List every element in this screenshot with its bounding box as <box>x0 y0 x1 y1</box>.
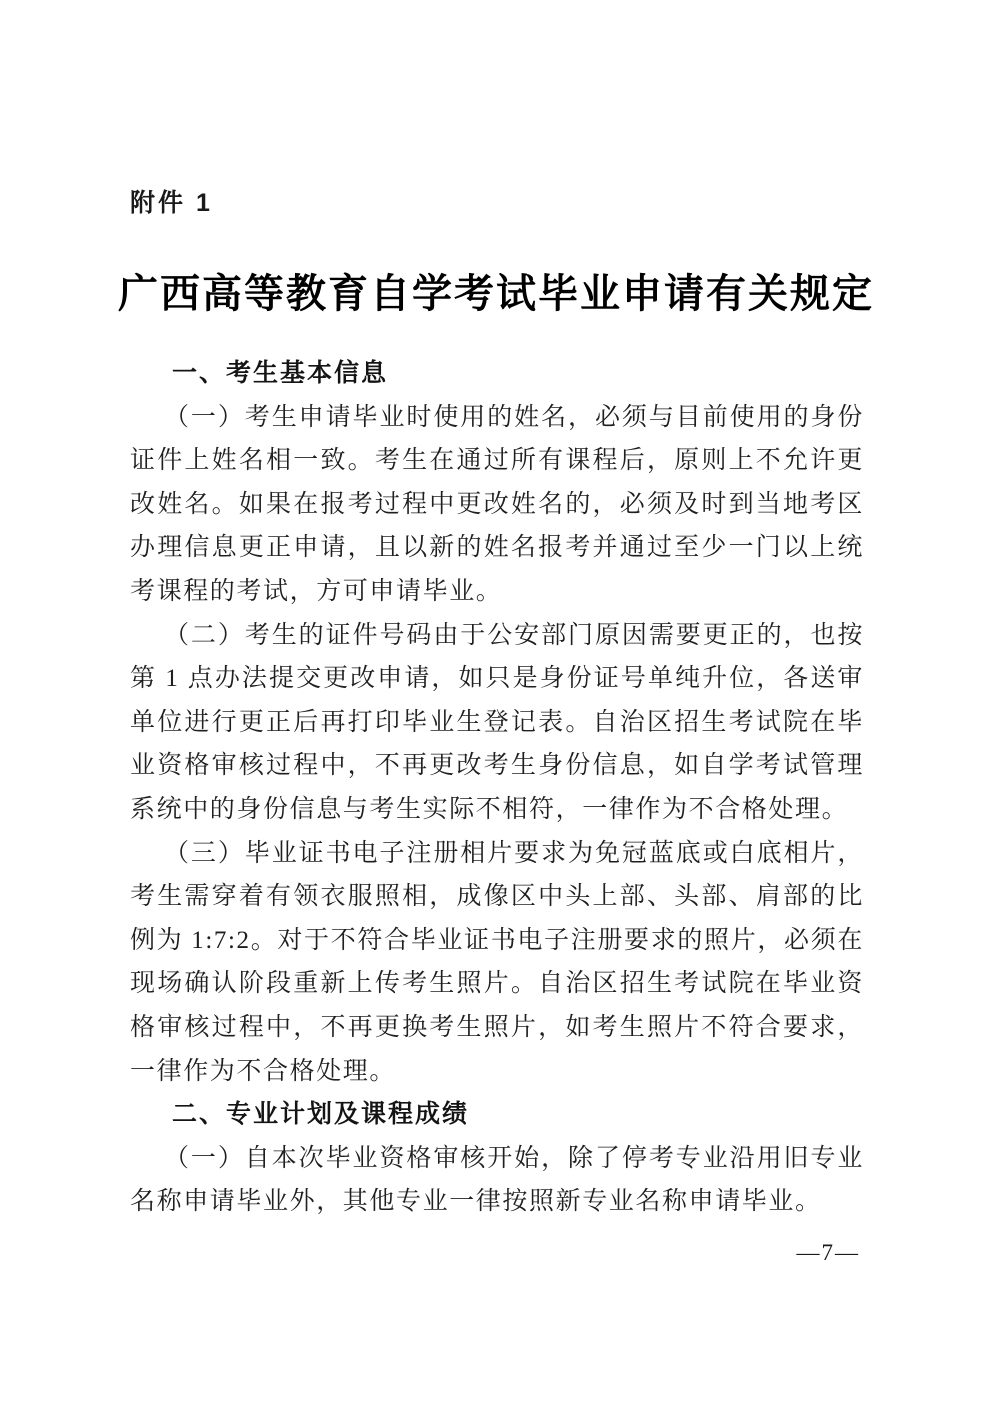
document-title: 广西高等教育自学考试毕业申请有关规定 <box>0 262 992 319</box>
paragraph-name-requirements: （一）考生申请毕业时使用的姓名，必须与目前使用的身份证件上姓名相一致。考生在通过… <box>130 396 864 614</box>
attachment-label: 附件 1 <box>130 183 213 219</box>
paragraph-id-number-correction: （二）考生的证件号码由于公安部门原因需要更正的，也按第 1 点办法提交更改申请，… <box>130 614 864 832</box>
paragraph-photo-requirements: （三）毕业证书电子注册相片要求为免冠蓝底或白底相片，考生需穿着有领衣服照相，成像… <box>130 832 864 1094</box>
section-heading-major-plan-and-grades: 二、专业计划及课程成绩 <box>130 1093 864 1137</box>
paragraph-major-name-rule: （一）自本次毕业资格审核开始，除了停考专业沿用旧专业名称申请毕业外，其他专业一律… <box>130 1137 864 1224</box>
page-number: —7— <box>797 1240 861 1266</box>
section-major-plan-and-grades: 二、专业计划及课程成绩 （一）自本次毕业资格审核开始，除了停考专业沿用旧专业名称… <box>130 1093 864 1224</box>
section-heading-candidate-basic-info: 一、考生基本信息 <box>130 352 864 396</box>
document-page: 附件 1 广西高等教育自学考试毕业申请有关规定 一、考生基本信息 （一）考生申请… <box>0 0 992 1403</box>
section-candidate-basic-info: 一、考生基本信息 （一）考生申请毕业时使用的姓名，必须与目前使用的身份证件上姓名… <box>130 352 864 1093</box>
document-body: 一、考生基本信息 （一）考生申请毕业时使用的姓名，必须与目前使用的身份证件上姓名… <box>130 352 864 1224</box>
